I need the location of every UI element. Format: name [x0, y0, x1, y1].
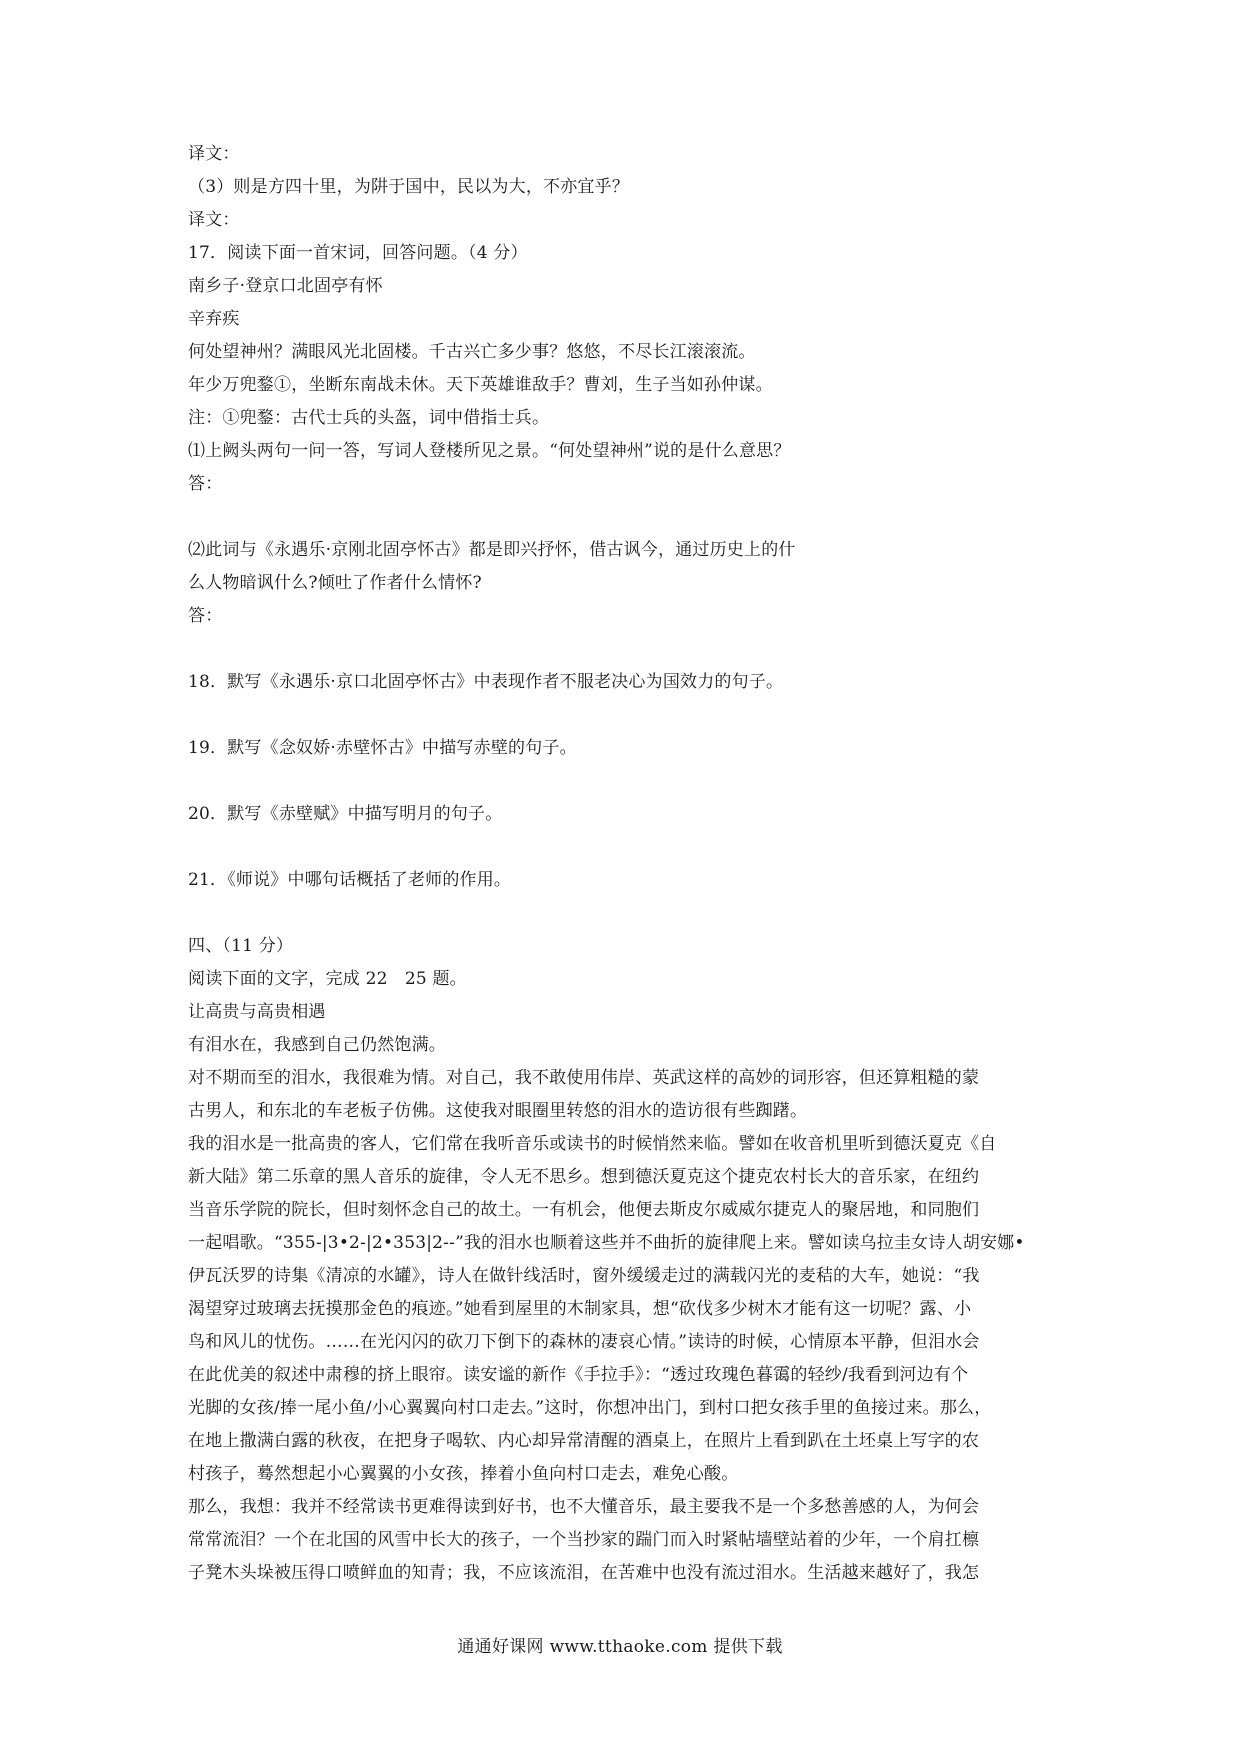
text-line: 那么，我想：我并不经常读书更难得读到好书，也不大懂音乐，最主要我不是一个多愁善感…: [188, 1496, 979, 1518]
text-line: （3）则是方四十里，为阱于国中，民以为大，不亦宜乎？: [188, 176, 629, 198]
text-line: 让高贵与高贵相遇: [188, 1001, 326, 1023]
text-line: 当音乐学院的院长，但时刻怀念自己的故土。一有机会，他便去斯皮尔威威尔捷克人的聚居…: [188, 1199, 979, 1221]
text-line: 伊瓦沃罗的诗集《清凉的水罐》，诗人在做针线活时，窗外缓缓走过的满载闪光的麦秸的大…: [188, 1265, 980, 1287]
page-footer: 通通好课网 www.tthaoke.com 提供下载: [0, 1636, 1240, 1658]
text-line: 有泪水在，我感到自己仍然饱满。: [188, 1034, 446, 1056]
text-line: 在此优美的叙述中肃穆的挤上眼帘。读安谧的新作《手拉手》：“透过玫瑰色暮霭的轻纱/…: [188, 1364, 968, 1386]
text-line: 年少万兜鍪①，坐断东南战未休。天下英雄谁敌手？曹刘，生子当如孙仲谋。: [188, 374, 773, 396]
text-line: 辛弃疾: [188, 308, 240, 330]
text-line: 渴望穿过玻璃去抚摸那金色的痕迹。”她看到屋里的木制家具，想“砍伐多少树木才能有这…: [188, 1298, 971, 1320]
text-line: ⑵此词与《永遇乐·京刚北固亭怀古》都是即兴抒怀，借古讽今，通过历史上的什: [188, 539, 796, 561]
text-line: 译文：: [188, 209, 240, 231]
text-line: 答：: [188, 473, 222, 495]
text-line: 20．默写《赤壁赋》中描写明月的句子。: [188, 803, 502, 825]
text-line: 子凳木头垛被压得口喷鲜血的知青；我，不应该流泪，在苦难中也没有流过泪水。生活越来…: [188, 1562, 979, 1584]
text-line: 四、（11 分）: [188, 935, 293, 957]
text-line: 光脚的女孩/捧一尾小鱼/小心翼翼向村口走去。”这时，你想冲出门，到村口把女孩手里…: [188, 1397, 991, 1419]
text-line: 19．默写《念奴娇·赤壁怀古》中描写赤壁的句子。: [188, 737, 577, 759]
text-line: 常常流泪？一个在北国的风雪中长大的孩子，一个当抄家的踹门而入时紧帖墙壁站着的少年…: [188, 1529, 979, 1551]
text-line: 南乡子·登京口北固亭有怀: [188, 275, 383, 297]
text-line: 一起唱歌。“355-|3•2-|2•353|2--”我的泪水也顺着这些并不曲折的…: [188, 1232, 1025, 1254]
text-line: 阅读下面的文字，完成 22 25 题。: [188, 968, 467, 990]
text-line: 我的泪水是一批高贵的客人，它们常在我听音乐或读书的时候悄然来临。譬如在收音机里听…: [188, 1133, 996, 1155]
text-line: 新大陆》第二乐章的黑人音乐的旋律，令人无不思乡。想到德沃夏克这个捷克农村长大的音…: [188, 1166, 979, 1188]
text-line: 村孩子，蓦然想起小心翼翼的小女孩，捧着小鱼向村口走去，难免心酸。: [188, 1463, 738, 1485]
text-line: 对不期而至的泪水，我很难为情。对自己，我不敢使用伟岸、英武这样的高妙的词形容，但…: [188, 1067, 979, 1089]
text-line: ⑴上阙头两句一问一答，写词人登楼所见之景。“何处望神州”说的是什么意思？: [188, 440, 791, 462]
text-line: 译文：: [188, 143, 240, 165]
text-line: 17．阅读下面一首宋词，回答问题。（4 分）: [188, 242, 528, 264]
text-line: 答：: [188, 605, 222, 627]
text-line: 在地上撒满白露的秋夜，在把身子喝软、内心却异常清醒的酒桌上，在照片上看到趴在土坯…: [188, 1430, 979, 1452]
text-line: 古男人，和东北的车老板子仿佛。这使我对眼圈里转悠的泪水的造访很有些踟躇。: [188, 1100, 807, 1122]
document-page: 译文：（3）则是方四十里，为阱于国中，民以为大，不亦宜乎？译文：17．阅读下面一…: [0, 0, 1240, 1754]
text-line: 鸟和风儿的忧伤。……在光闪闪的砍刀下倒下的森林的凄哀心情。”读诗的时候，心情原本…: [188, 1331, 980, 1353]
text-line: 何处望神州？满眼风光北固楼。千古兴亡多少事？悠悠，不尽长江滚滚流。: [188, 341, 756, 363]
text-line: 21．《师说》中哪句话概括了老师的作用。: [188, 869, 511, 891]
text-line: 18．默写《永遇乐·京口北固亭怀古》中表现作者不服老决心为国效力的句子。: [188, 671, 783, 693]
text-line: 注：①兜鍪：古代士兵的头盔，词中借指士兵。: [188, 407, 549, 429]
text-line: 么人物暗讽什么?倾吐了作者什么情怀?: [188, 572, 482, 594]
